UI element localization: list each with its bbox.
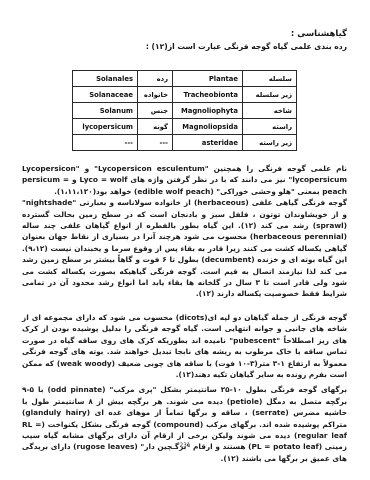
latin-cell: Solanaceae (73, 87, 138, 103)
table-row: زیر سلسله Tracheobionta خانواده Solanace… (73, 87, 297, 103)
rank-cell: زیر سلسله (243, 87, 297, 103)
latin-cell: Solanum (73, 103, 138, 119)
latin-cell: asteridae (173, 135, 243, 151)
table-row: زیر راسته asteridae --- --- (73, 135, 297, 151)
latin-cell: Solanales (73, 71, 138, 87)
latin-cell: Magnoliopsida (173, 119, 243, 135)
rank-cell: شاخه (243, 103, 297, 119)
latin-cell: Plantae (173, 71, 243, 87)
page-content: گیاهشناسی : رده بندی علمی گیاه گوجه فرنگ… (0, 0, 370, 464)
table-row: شاخه Magnoliophyta جنس Solanum (73, 103, 297, 119)
latin-cell: Tracheobionta (173, 87, 243, 103)
section-heading: گیاهشناسی : (22, 28, 347, 40)
body-paragraph: برگهای گوجه فرنگی بطول ۱۰-۲۵ سانتیمتر بش… (22, 384, 347, 464)
latin-cell: Magnoliophyta (173, 103, 243, 119)
table-row: راسته Magnoliopsida گونه lycopersicum (73, 119, 297, 135)
rank-cell: گونه (138, 119, 173, 135)
rank-cell: راسته (243, 119, 297, 135)
body-paragraph: گوجه فرنگی از جمله گیاهان دو لپه ای(dico… (22, 312, 347, 380)
rank-cell: جنس (138, 103, 173, 119)
section-subheading: رده بندی علمی گیاه گوجه فرنگی عبارت است … (22, 41, 347, 53)
latin-cell: lycopersicum (73, 119, 138, 135)
rank-cell: رده (138, 71, 173, 87)
document-page: گیاهشناسی : رده بندی علمی گیاه گوجه فرنگ… (0, 0, 370, 480)
body-paragraph: گوجه فرنگی گیاهی علفی (herbaceous) از خا… (22, 197, 347, 300)
table-row: سلسله Plantae رده Solanales (73, 71, 297, 87)
taxonomy-table: سلسله Plantae رده Solanales زیر سلسله Tr… (72, 70, 297, 151)
page-number: 231 (0, 443, 370, 449)
rank-cell: خانواده (138, 87, 173, 103)
rank-cell: --- (138, 135, 173, 151)
latin-cell: --- (73, 135, 138, 151)
rank-cell: سلسله (243, 71, 297, 87)
body-paragraph: نام علمی گوجه فرنگی را همچنین "Lycopersi… (22, 163, 347, 197)
rank-cell: زیر راسته (243, 135, 297, 151)
